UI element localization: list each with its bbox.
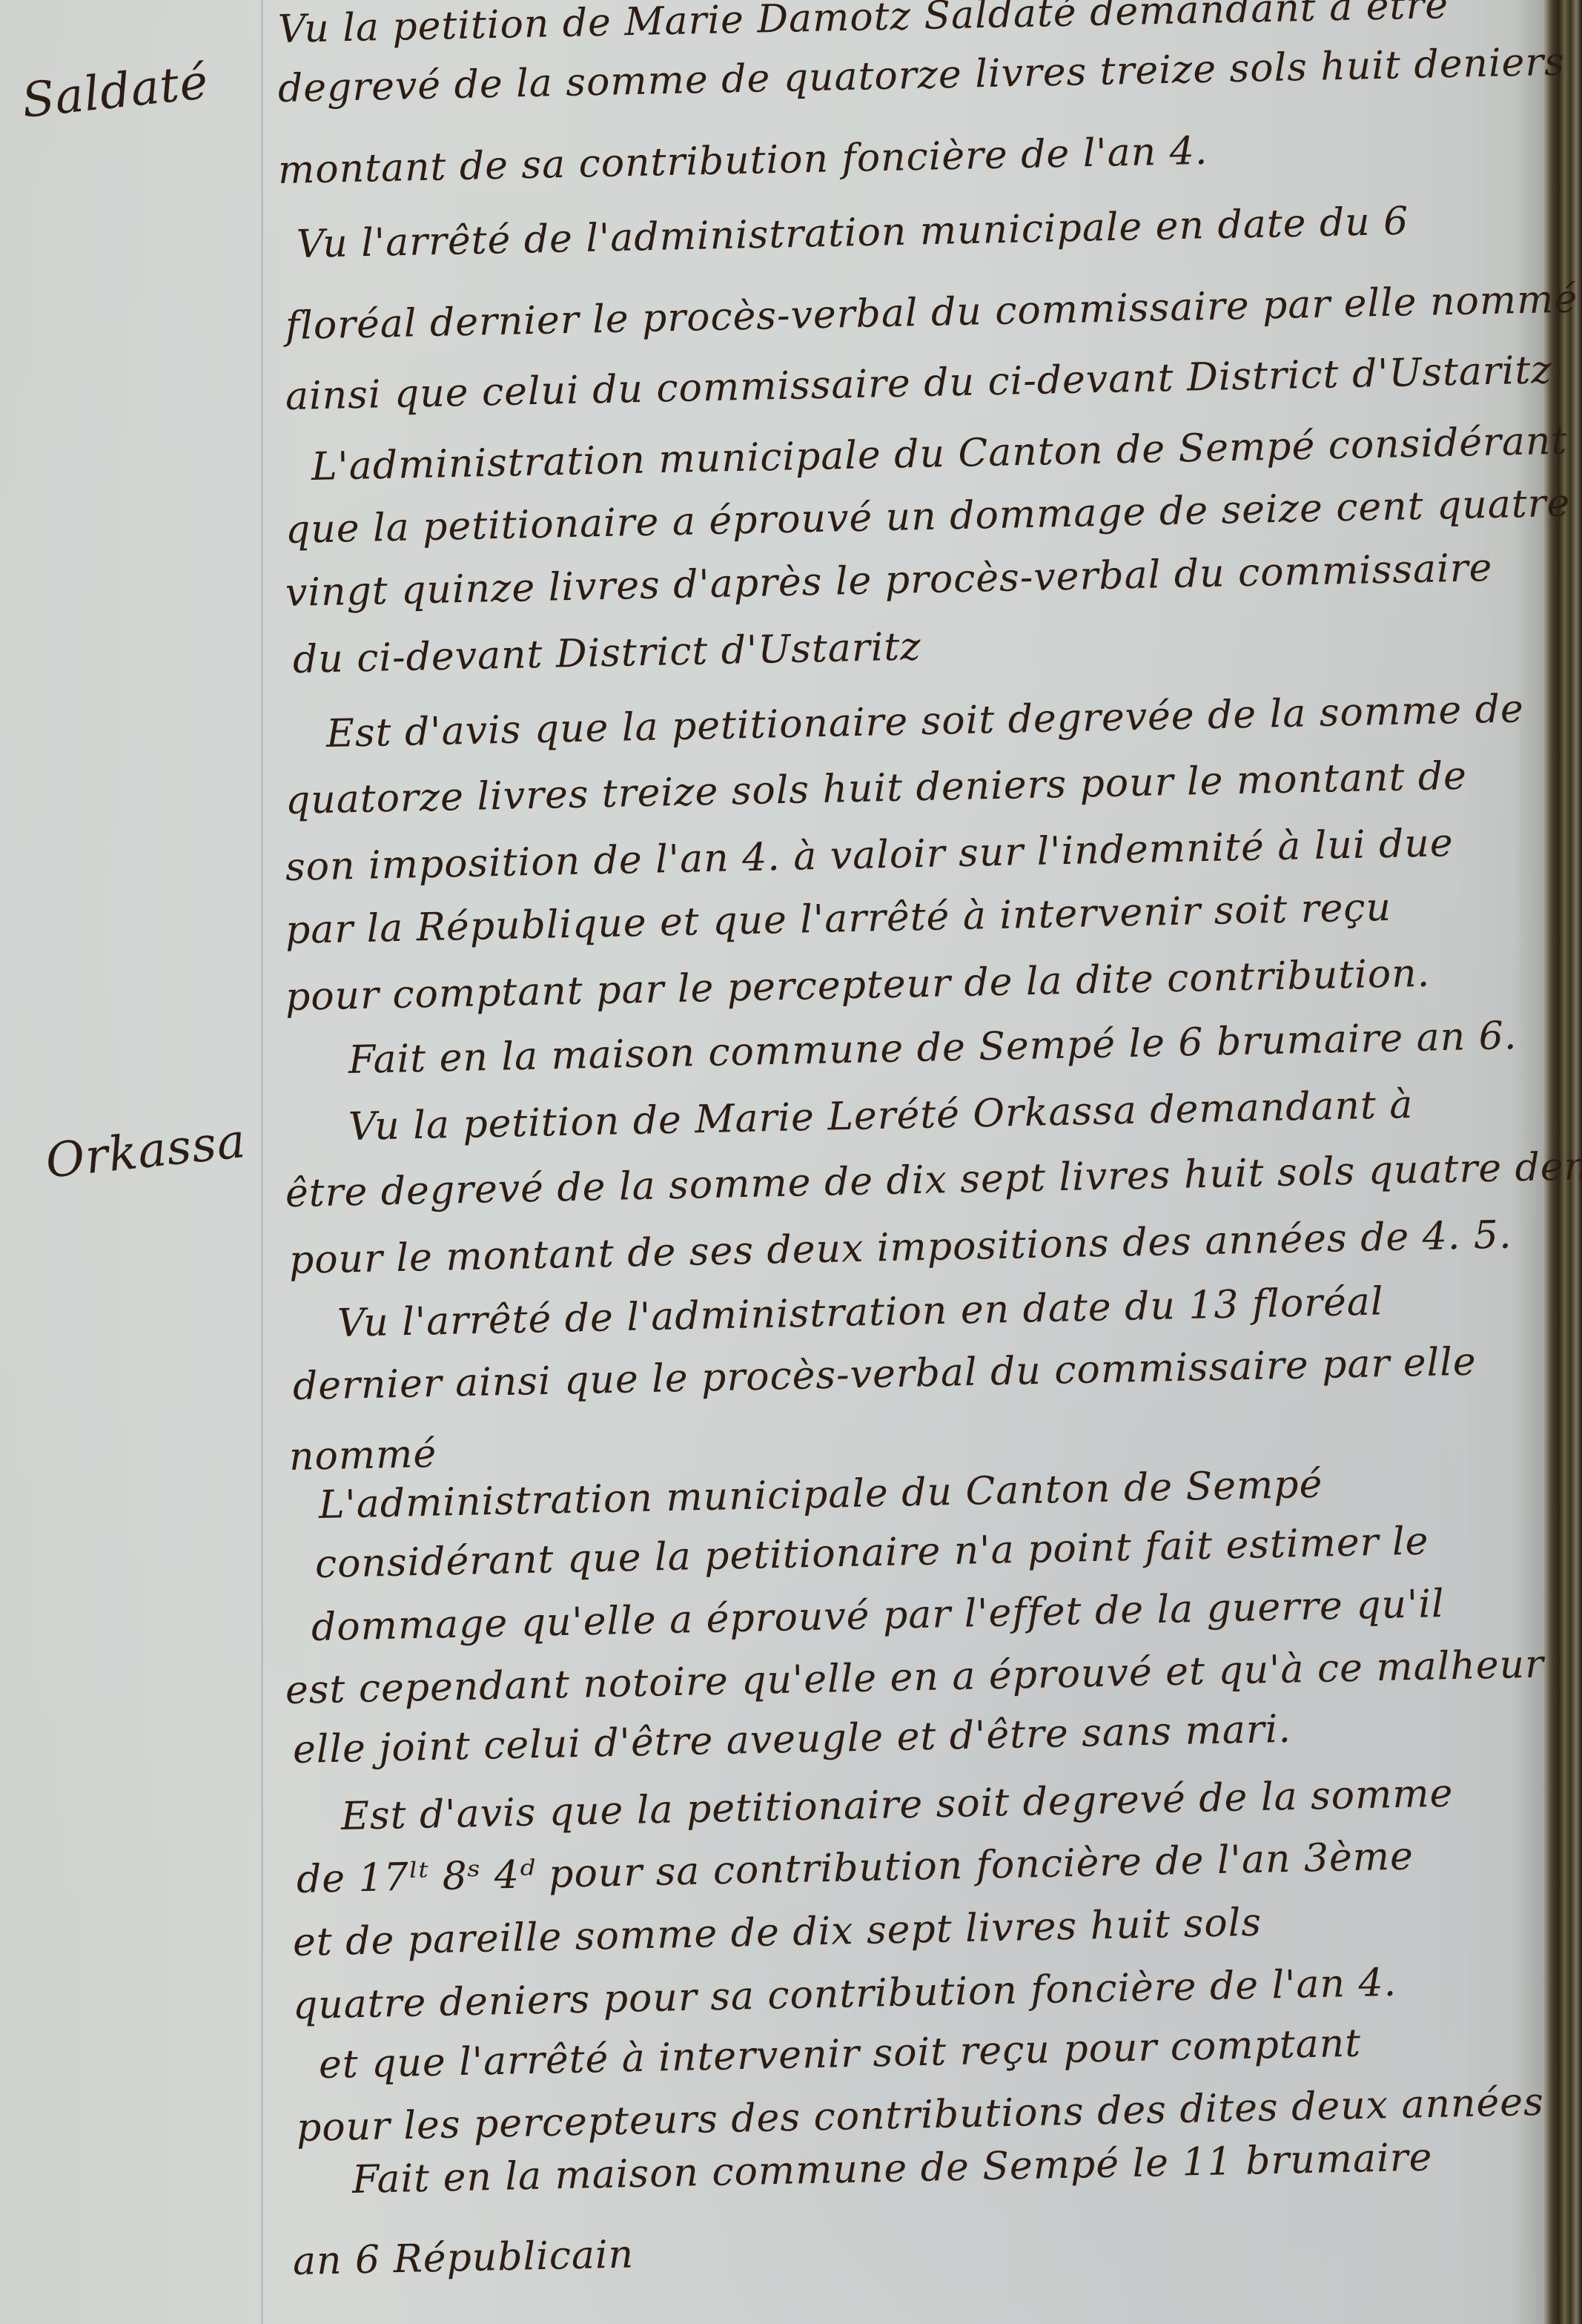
text-line: Vu l'arrêté de l'administration municipa…	[296, 199, 1409, 267]
text-line: quatorze livres treize sols huit deniers…	[285, 754, 1467, 823]
margin-name-saldate: Saldaté	[19, 55, 211, 129]
register-page: Saldaté Orkassa Vu la petition de Marie …	[0, 0, 1582, 2324]
text-line: que la petitionaire a éprouvé un dommage…	[285, 481, 1571, 552]
text-line: du ci-devant District d'Ustaritz	[292, 624, 921, 682]
text-line: dernier ainsi que le procès-verbal du co…	[292, 1340, 1477, 1409]
text-line: et de pareille somme de dix sept livres …	[292, 1901, 1262, 1965]
text-line: de 17ˡᵗ 8ˢ 4ᵈ pour sa contribution fonci…	[296, 1834, 1414, 1902]
text-line: considérant que la petitionaire n'a poin…	[314, 1519, 1429, 1587]
margin-name-orkassa: Orkassa	[43, 1114, 248, 1189]
text-line: son imposition de l'an 4. à valoir sur l…	[285, 821, 1454, 890]
text-line: nommé	[288, 1432, 437, 1479]
text-line: vingt quinze livres d'après le procès-ve…	[285, 546, 1493, 615]
text-line: est cependant notoire qu'elle en a éprou…	[285, 1642, 1544, 1713]
text-line: par la République et que l'arrêté à inte…	[285, 885, 1391, 953]
text-line: être degrevé de la somme de dix sept liv…	[285, 1143, 1582, 1216]
text-line: et que l'arrêté à intervenir soit reçu p…	[318, 2021, 1361, 2087]
signature-line: Fait en la maison commune de Sempé le 6 …	[348, 1014, 1518, 1083]
text-line: Est d'avis que la petitionaire soit degr…	[325, 687, 1524, 756]
text-line: ainsi que celui du commissaire du ci-dev…	[285, 348, 1552, 419]
text-line: montant de sa contribution foncière de l…	[277, 129, 1208, 193]
text-line: Vu la petition de Marie Damotz Saldaté d…	[277, 0, 1449, 52]
text-line: degrevé de la somme de quatorze livres t…	[277, 40, 1565, 111]
text-line: quatre deniers pour sa contribution fonc…	[292, 1961, 1397, 2028]
text-line: Vu la petition de Marie Lerété Orkassa d…	[348, 1083, 1414, 1149]
text-line: Est d'avis que la petitionaire soit degr…	[340, 1772, 1454, 1839]
text-line: Vu l'arrêté de l'administration en date …	[337, 1279, 1384, 1346]
margin-rule	[261, 0, 263, 2324]
text-line: floréal dernier le procès-verbal du comm…	[285, 277, 1578, 349]
text-line: L'administration municipale du Canton de…	[311, 419, 1567, 489]
text-line: dommage qu'elle a éprouvé par l'effet de…	[311, 1582, 1445, 1650]
text-line: pour le montant de ses deux impositions …	[288, 1212, 1512, 1283]
text-line: elle joint celui d'être aveugle et d'êtr…	[292, 1707, 1291, 1772]
text-line: pour comptant par le percepteur de la di…	[285, 951, 1430, 1020]
text-line: L'administration municipale du Canton de…	[318, 1462, 1323, 1528]
signature-line: an 6 Républicain	[292, 2232, 634, 2284]
